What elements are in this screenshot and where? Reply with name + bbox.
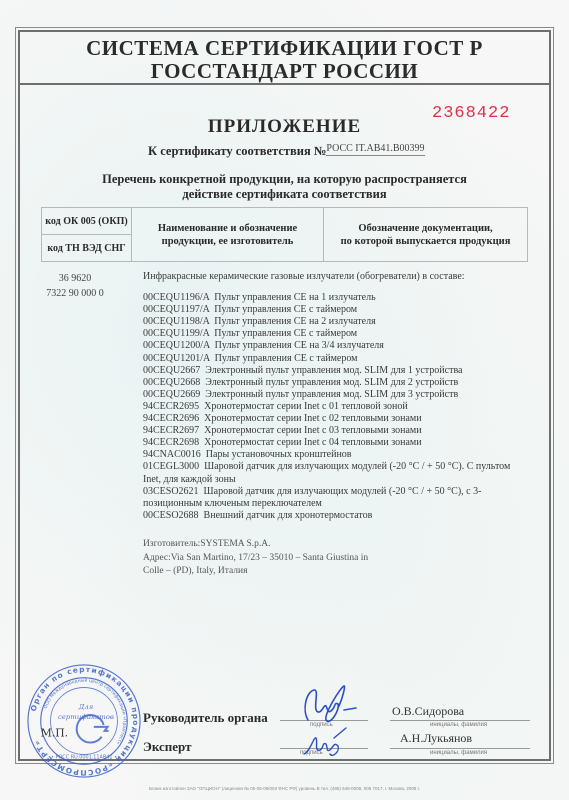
agency-title: ГОССТАНДАРТ РОССИИ xyxy=(0,59,569,84)
code-tn-ved-value: 7322 90 000 0 xyxy=(30,286,120,301)
expert-label: Эксперт xyxy=(143,739,191,755)
manufacturer-block: Изготовитель:SYSTEMA S.p.A. Адрес:Via Sa… xyxy=(143,538,473,579)
product-item: 00CEQU1199/A Пульт управления CE с тайме… xyxy=(143,328,523,340)
expert-name-caption: инициалы, фамилия xyxy=(430,750,487,756)
certification-stamp: Орган по сертификации продукции «РОСПРОМ… xyxy=(25,662,143,780)
product-column-header: Наименование и обозначение продукции, ее… xyxy=(132,208,324,261)
manufacturer-address-line1: Адрес:Via San Martino, 17/23 – 35010 – S… xyxy=(143,552,473,566)
product-item: 00CEQU2668 Электронный пульт управления … xyxy=(143,377,523,389)
product-item: 03CESO2621 Шаровой датчик для излучающих… xyxy=(143,486,523,510)
svg-text:сертификатов: сертификатов xyxy=(58,713,114,721)
expert-signature xyxy=(300,724,360,760)
product-item: 00CEQU1197/A Пульт управления CE с тайме… xyxy=(143,304,523,316)
product-item: 00CEQU1200/A Пульт управления CE на 3/4 … xyxy=(143,340,523,352)
product-item: 94CECR2695 Хронотермостат серии Inet с 0… xyxy=(143,401,523,413)
head-signature xyxy=(300,680,370,728)
product-list: Инфракрасные керамические газовые излуча… xyxy=(143,271,523,522)
code-tn-ved-header: код ТН ВЭД СНГ xyxy=(42,235,131,261)
certificate-number: РОСС IT.АВ41.В00399 xyxy=(326,143,424,156)
appendix-title: ПРИЛОЖЕНИЕ xyxy=(0,116,569,138)
manufacturer-address-line2: Colle – (PD), Italy, Италия xyxy=(143,565,473,579)
product-list-intro: Инфракрасные керамические газовые излуча… xyxy=(143,271,523,283)
head-name-line xyxy=(390,720,530,721)
head-name-caption: инициалы, фамилия xyxy=(430,722,487,728)
column-header-table: код ОК 005 (ОКП) код ТН ВЭД СНГ Наименов… xyxy=(41,207,528,262)
expert-name-line xyxy=(390,748,530,749)
product-item: 94CNAC0016 Пары установочных кронштейнов xyxy=(143,449,523,461)
product-list-heading-line1: Перечень конкретной продукции, на котору… xyxy=(0,172,569,187)
codes-header-cell: код ОК 005 (ОКП) код ТН ВЭД СНГ xyxy=(42,208,132,261)
product-codes: 36 9620 7322 90 000 0 xyxy=(30,271,120,301)
head-name: О.В.Сидорова xyxy=(392,704,464,719)
manufacturer-name: Изготовитель:SYSTEMA S.p.A. xyxy=(143,538,473,552)
product-item: 00CEQU2669 Электронный пульт управления … xyxy=(143,389,523,401)
product-item: 00CEQU1196/A Пульт управления CE на 1 из… xyxy=(143,292,523,304)
svg-text:• РОСС RU.0001.11АВ41 •: • РОСС RU.0001.11АВ41 • xyxy=(51,754,117,760)
head-of-body-label: Руководитель органа xyxy=(143,710,268,726)
product-list-heading-line2: действие сертификата соответствия xyxy=(0,187,569,202)
product-item: 94CECR2697 Хронотермостат серии Inet с 0… xyxy=(143,425,523,437)
product-list-heading: Перечень конкретной продукции, на котору… xyxy=(0,172,569,202)
expert-name: А.Н.Лукьянов xyxy=(400,731,472,746)
product-item: 01CEGL3000 Шаровой датчик для излучающих… xyxy=(143,461,523,485)
product-item: 00CEQU2667 Электронный пульт управления … xyxy=(143,365,523,377)
product-item: 94CECR2698 Хронотермостат серии Inet с 0… xyxy=(143,437,523,449)
system-title: СИСТЕМА СЕРТИФИКАЦИИ ГОСТ Р xyxy=(0,36,569,61)
product-item: 00CEQU1201/A Пульт управления CE с тайме… xyxy=(143,353,523,365)
certificate-reference: К сертификату соответствия №РОСС IT.АВ41… xyxy=(148,143,425,159)
product-item: 94CECR2696 Хронотермостат серии Inet с 0… xyxy=(143,413,523,425)
svg-text:М.П.: М.П. xyxy=(41,727,68,740)
documentation-column-header: Обозначение документации, по которой вып… xyxy=(324,208,527,261)
certificate-reference-label: К сертификату соответствия № xyxy=(148,144,326,158)
product-items: 00CEQU1196/A Пульт управления CE на 1 из… xyxy=(143,292,523,522)
product-item: 00CESO2688 Внешний датчик для хронотермо… xyxy=(143,510,523,522)
print-info-footer: Бланк изготовлен ЗАО "ОПЦИОН" (лицензия … xyxy=(0,786,569,791)
code-okp-value: 36 9620 xyxy=(30,271,120,286)
code-okp-header: код ОК 005 (ОКП) xyxy=(42,208,131,235)
product-item: 00CEQU1198/A Пульт управления CE на 2 из… xyxy=(143,316,523,328)
svg-text:Для: Для xyxy=(78,703,94,711)
